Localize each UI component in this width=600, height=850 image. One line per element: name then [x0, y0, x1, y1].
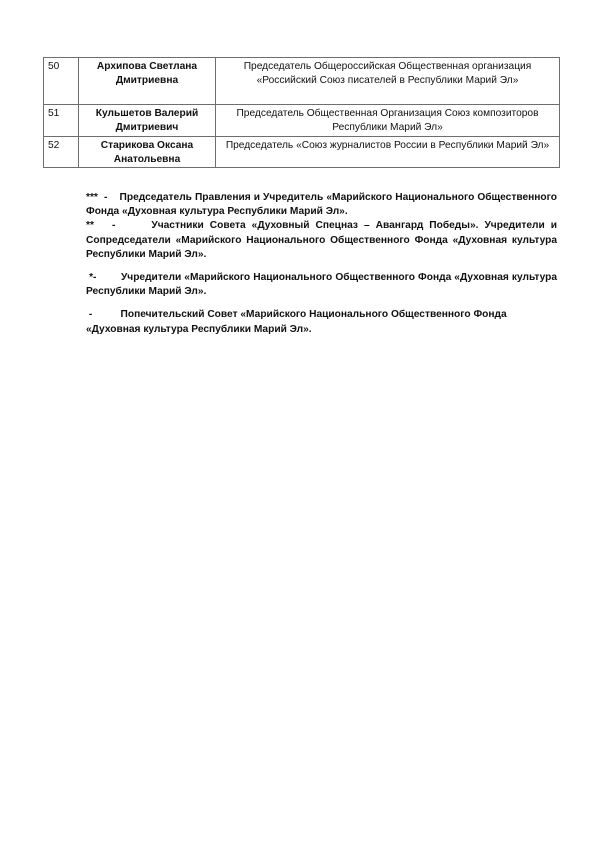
footnote-dash: - Попечительский Совет «Марийского Нацио… — [86, 308, 557, 336]
member-role: Председатель Общероссийская Общественная… — [216, 58, 560, 105]
row-number: 52 — [44, 137, 79, 168]
footnote-text: Участники Совета «Духовный Спецназ – Ава… — [86, 220, 557, 259]
footnote-double-asterisk: ** - Участники Совета «Духовный Спецназ … — [86, 219, 557, 262]
document-page: 50 Архипова Светлана Дмитриевна Председа… — [0, 0, 600, 850]
footnotes: *** - Председатель Правления и Учредител… — [86, 191, 557, 337]
footnote-text: Учредители «Марийского Национального Общ… — [86, 272, 557, 297]
member-name: Кульшетов Валерий Дмитриевич — [79, 105, 216, 137]
row-number: 51 — [44, 105, 79, 137]
footnote-mark: - — [86, 309, 121, 320]
row-number: 50 — [44, 58, 79, 105]
table-row: 52 Старикова Оксана Анатольевна Председа… — [44, 137, 560, 168]
footnote-mark: ** - — [86, 220, 151, 231]
member-role: Председатель «Союз журналистов России в … — [216, 137, 560, 168]
member-role: Председатель Общественная Организация Со… — [216, 105, 560, 137]
member-name: Архипова Светлана Дмитриевна — [79, 58, 216, 105]
footnote-triple-asterisk: *** - Председатель Правления и Учредител… — [86, 191, 557, 219]
footnote-text: Попечительский Совет «Марийского Национа… — [86, 309, 507, 334]
footnote-single-asterisk: *- Учредители «Марийского Национального … — [86, 271, 557, 299]
footnote-mark: *- — [86, 272, 121, 283]
table-row: 51 Кульшетов Валерий Дмитриевич Председа… — [44, 105, 560, 137]
footnote-text: Председатель Правления и Учредитель «Мар… — [86, 192, 557, 217]
members-table: 50 Архипова Светлана Дмитриевна Председа… — [43, 57, 560, 168]
footnote-mark: *** - — [86, 192, 120, 203]
member-name: Старикова Оксана Анатольевна — [79, 137, 216, 168]
table-row: 50 Архипова Светлана Дмитриевна Председа… — [44, 58, 560, 105]
